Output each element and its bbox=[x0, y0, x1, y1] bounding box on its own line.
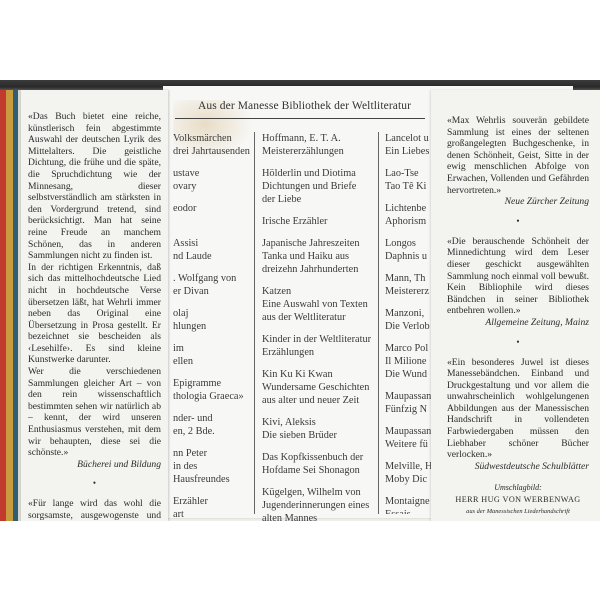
catalog-entry-line: Kügelgen, Wilhelm von bbox=[262, 486, 382, 499]
catalog-entry-line: Das Kopfkissenbuch der bbox=[262, 451, 382, 464]
catalog-entry: eodor bbox=[173, 202, 263, 228]
catalog-entry-line: ellen bbox=[173, 355, 263, 368]
catalog-entry-line: ustave bbox=[173, 167, 263, 180]
catalog-entry-line: Epigramme bbox=[173, 377, 263, 390]
catalog-entry-line: Kin Ku Ki Kwan bbox=[262, 368, 382, 381]
catalog-entry: Volksmärchendrei Jahrtausenden bbox=[173, 132, 263, 158]
catalog-entry-line: alten Mannes bbox=[262, 512, 382, 521]
review-text: «Die berauschende Schönheit der Minnedic… bbox=[447, 236, 589, 317]
review-text: «Max Wehrlis souverän gebildete Sammlung… bbox=[447, 115, 589, 196]
catalog-entry: Kinder in der WeltliteraturErzählungen bbox=[262, 333, 382, 359]
catalog-entry-line: Japanische Jahreszeiten bbox=[262, 237, 382, 250]
review-text: In der richtigen Erkenntnis, daß sich da… bbox=[28, 262, 161, 366]
catalog-entry-line: Tanka und Haiku aus bbox=[262, 250, 382, 263]
right-review-sheet: «Max Wehrlis souverän gebildete Sammlung… bbox=[431, 90, 600, 521]
title-rule bbox=[175, 118, 425, 119]
review-source: Südwestdeutsche Schulblätter bbox=[447, 461, 589, 473]
catalog-entry: Japanische JahreszeitenTanka und Haiku a… bbox=[262, 237, 382, 276]
cover-credit: Umschlagbild: HERR HUG VON WERBENWAG aus… bbox=[447, 482, 589, 517]
catalog-entry: KatzenEine Auswahl von Textenaus der Wel… bbox=[262, 285, 382, 324]
catalog-entry-line: Hausfreundes bbox=[173, 473, 263, 486]
catalog-entry: Epigrammethologia Graeca» bbox=[173, 377, 263, 403]
catalog-entry-line: im bbox=[173, 342, 263, 355]
catalog-entry-line: . Wolfgang von bbox=[173, 272, 263, 285]
catalog-entry-line: nn Peter bbox=[173, 447, 263, 460]
catalog-entry: Irische Erzähler bbox=[262, 215, 382, 228]
catalog-entry-line: Katzen bbox=[262, 285, 382, 298]
review-text: Wer die verschiedenen Sammlungen gleiche… bbox=[28, 366, 161, 459]
catalog-entry-line bbox=[173, 215, 263, 228]
catalog-entry-line: Kivi, Aleksis bbox=[262, 416, 382, 429]
catalog-entry: nder- unden, 2 Bde. bbox=[173, 412, 263, 438]
catalog-entry: Das Kopfkissenbuch derHofdame Sei Shonag… bbox=[262, 451, 382, 477]
review-source: Bücherei und Bildung bbox=[28, 459, 161, 471]
separator-dot: • bbox=[447, 337, 589, 347]
catalog-entry: Kivi, AleksisDie sieben Brüder bbox=[262, 416, 382, 442]
catalog-entry: Kügelgen, Wilhelm vonJugenderinnerungen … bbox=[262, 486, 382, 521]
scanned-book-jacket: Aus der Manesse Bibliothek der Weltliter… bbox=[0, 80, 600, 521]
catalog-entry-line: Volksmärchen bbox=[173, 132, 263, 145]
catalog-entry-line: aus alter und neuer Zeit bbox=[262, 394, 382, 407]
catalog-entry-line: der Liebe bbox=[262, 193, 382, 206]
catalog-entry-line: nd Laude bbox=[173, 250, 263, 263]
catalog-entry: ustaveovary bbox=[173, 167, 263, 193]
catalog-entry: imellen bbox=[173, 342, 263, 368]
catalog-entry: Assisind Laude bbox=[173, 237, 263, 263]
catalog-entry-line: Hofdame Sei Shonagon bbox=[262, 464, 382, 477]
catalog-entry: nn Peterin desHausfreundes bbox=[173, 447, 263, 486]
catalog-entry-line: Assisi bbox=[173, 237, 263, 250]
spine-stripe-ochre bbox=[6, 90, 13, 521]
catalog-entry: Hoffmann, E. T. A.Meistererzählungen bbox=[262, 132, 382, 158]
catalog-entry-line: thologia Graeca» bbox=[173, 390, 263, 403]
catalog-entry-line: Erzähler bbox=[173, 495, 263, 508]
review-text: «Das Buch bietet eine reiche, künstleris… bbox=[28, 111, 161, 262]
catalog-entry-line: olaj bbox=[173, 307, 263, 320]
catalog-entry-line: in des bbox=[173, 460, 263, 473]
catalog-entry-line: nder- und bbox=[173, 412, 263, 425]
catalog-entry-line: Hölderlin und Diotima bbox=[262, 167, 382, 180]
catalog-entry-line: Hoffmann, E. T. A. bbox=[262, 132, 382, 145]
catalog-entry-line: eodor bbox=[173, 202, 263, 215]
review-text: «Für lange wird das wohl die sorgsamste,… bbox=[28, 498, 161, 521]
catalog-entry: Erzählerart bbox=[173, 495, 263, 521]
cover-label: Umschlagbild: bbox=[447, 482, 589, 494]
catalog-entry: Kin Ku Ki KwanWundersame Geschichtenaus … bbox=[262, 368, 382, 407]
catalog-entry-line: en, 2 Bde. bbox=[173, 425, 263, 438]
separator-dot: • bbox=[447, 216, 589, 226]
catalog-entry-line: aus der Weltliteratur bbox=[262, 311, 382, 324]
cover-title: HERR HUG VON WERBENWAG bbox=[447, 494, 589, 506]
review-source: Neue Zürcher Zeitung bbox=[447, 196, 589, 208]
review-text: «Ein besonderes Juwel ist dieses Manesse… bbox=[447, 357, 589, 461]
catalog-entry-line: hlungen bbox=[173, 320, 263, 333]
catalog-entry: olajhlungen bbox=[173, 307, 263, 333]
catalog-entry: Hölderlin und DiotimaDichtungen und Brie… bbox=[262, 167, 382, 206]
review-source: Allgemeine Zeitung, Mainz bbox=[447, 317, 589, 329]
left-review-sheet: «Das Buch bietet eine reiche, künstleris… bbox=[21, 90, 168, 521]
catalog-entry-line: art bbox=[173, 508, 263, 521]
catalog-entry-line: Eine Auswahl von Texten bbox=[262, 298, 382, 311]
catalog-entry-line: Jugenderinnerungen eines bbox=[262, 499, 382, 512]
catalog-column-a: Volksmärchendrei Jahrtausendenustaveovar… bbox=[173, 132, 263, 521]
catalog-entry-line: Dichtungen und Briefe bbox=[262, 180, 382, 193]
catalog-entry-line: drei Jahrtausenden bbox=[173, 145, 263, 158]
catalog-entry-line: Die sieben Brüder bbox=[262, 429, 382, 442]
catalog-column-b: Hoffmann, E. T. A.MeistererzählungenHöld… bbox=[254, 132, 382, 514]
cover-source: aus der Manessischen Liederhandschrift bbox=[447, 506, 589, 518]
catalog-entry-line: Irische Erzähler bbox=[262, 215, 382, 228]
catalog-entry-line: dreizehn Jahrhunderten bbox=[262, 263, 382, 276]
catalog-entry-line: er Divan bbox=[173, 285, 263, 298]
catalog-entry-line: ovary bbox=[173, 180, 263, 193]
catalog-entry-line: Meistererzählungen bbox=[262, 145, 382, 158]
catalog-entry-line: Wundersame Geschichten bbox=[262, 381, 382, 394]
catalog-entry: . Wolfgang voner Divan bbox=[173, 272, 263, 298]
catalog-title: Aus der Manesse Bibliothek der Weltliter… bbox=[177, 100, 432, 112]
catalog-entry-line: Kinder in der Weltliteratur bbox=[262, 333, 382, 346]
separator-dot: • bbox=[28, 478, 161, 488]
catalog-entry-line: Erzählungen bbox=[262, 346, 382, 359]
